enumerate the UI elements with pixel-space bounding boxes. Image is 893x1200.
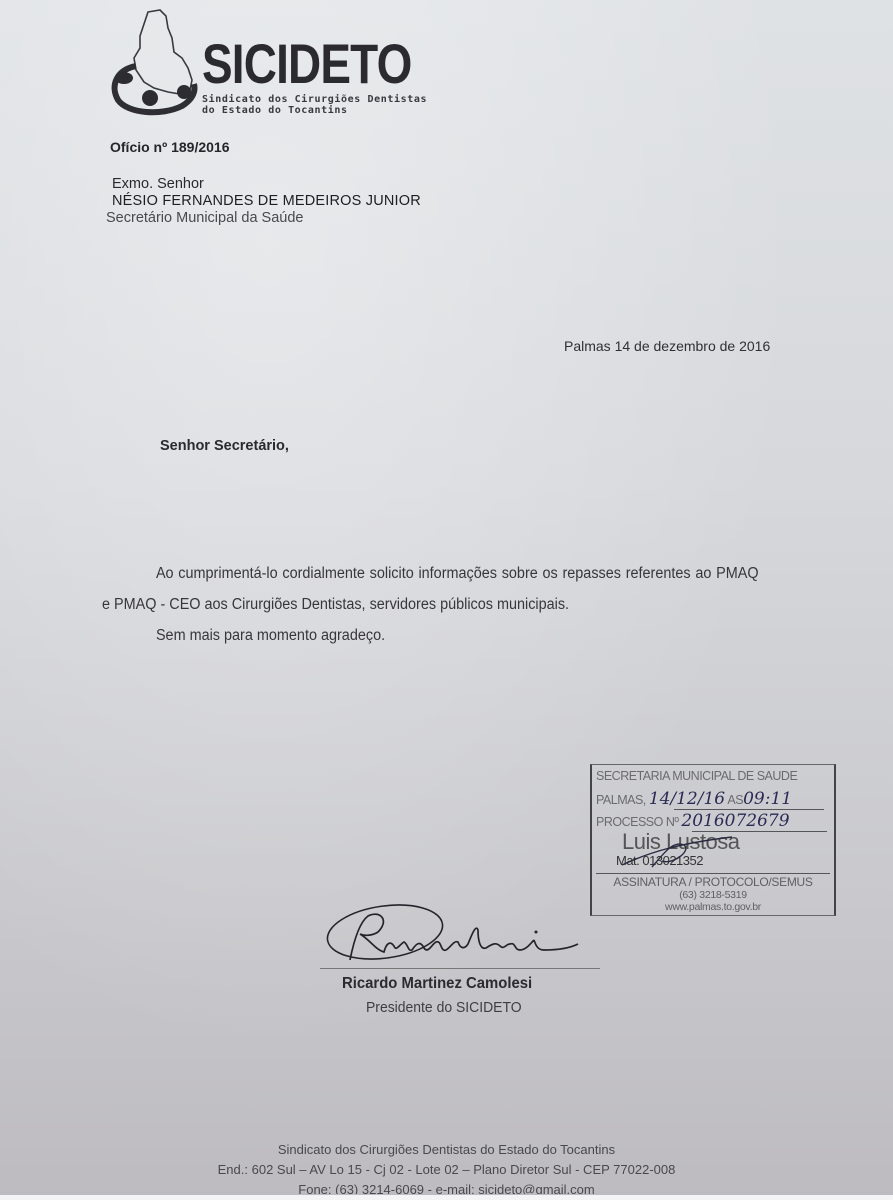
body-paragraph-1: Ao cumprimentá-lo cordialmente solicito … [102, 558, 759, 620]
body-paragraph-2: Sem mais para momento agradeço. [102, 620, 759, 651]
handwritten-signature-icon [320, 900, 610, 970]
letterhead-subtitle-line2: do Estado do Tocantins [202, 105, 427, 116]
stamp-divider [596, 873, 830, 874]
signatory-position: Presidente do SICIDETO [366, 999, 522, 1016]
signatory-name: Ricardo Martinez Camolesi [342, 975, 532, 993]
greeting: Senhor Secretário, [160, 438, 289, 454]
letterhead-subtitle-line1: Sindicato dos Cirurgiões Dentistas [202, 94, 427, 105]
signature-line [320, 968, 600, 969]
stamp-phone: (63) 3218-5319 [592, 889, 834, 901]
recipient-title: Secretário Municipal da Saúde [106, 210, 421, 227]
signature-block: Ricardo Martinez Camolesi Presidente do … [320, 900, 610, 1030]
stamp-process-label: PROCESSO Nº [596, 815, 678, 829]
protocol-stamp: SECRETARIA MUNICIPAL DE SAUDE PALMAS, 14… [590, 764, 836, 916]
letter-reference-number: Ofício nº 189/2016 [110, 139, 230, 155]
stamp-date-underline [674, 809, 824, 810]
letterhead-subtitle: Sindicato dos Cirurgiões Dentistas do Es… [202, 94, 427, 116]
letterhead-logo: SICIDETO Sindicato dos Cirurgiões Dentis… [110, 8, 440, 118]
footer-contact: Fone: (63) 3214-6069 - e-mail: sicideto@… [0, 1182, 893, 1194]
tocantins-map-with-people-icon [110, 8, 210, 118]
stamp-footer-label: ASSINATURA / PROTOCOLO/SEMUS [592, 875, 834, 889]
stamp-time-handwritten: 09:11 [743, 789, 792, 809]
letter-body: Ao cumprimentá-lo cordialmente solicito … [102, 558, 759, 651]
stamp-website: www.palmas.to.gov.br [592, 901, 834, 913]
date-line: Palmas 14 de dezembro de 2016 [564, 338, 770, 354]
stamp-date-handwritten: 14/12/16 [649, 789, 725, 809]
stamp-date-row: PALMAS, 14/12/16 AS09:11 [596, 789, 792, 809]
footer-address: End.: 602 Sul – AV Lo 15 - Cj 02 - Lote … [0, 1162, 893, 1177]
letterhead-acronym: SICIDETO [202, 36, 411, 92]
recipient-block: Exmo. Senhor NÉSIO FERNANDES DE MEDEIROS… [112, 176, 421, 227]
footer-organization: Sindicato dos Cirurgiões Dentistas do Es… [0, 1142, 893, 1157]
stamp-process-row: PROCESSO Nº 2016072679 [596, 811, 790, 831]
stamp-header: SECRETARIA MUNICIPAL DE SAUDE [596, 769, 797, 783]
page-bottom-edge [0, 1195, 893, 1200]
stamp-scribble-icon [612, 831, 762, 871]
stamp-process-handwritten: 2016072679 [681, 811, 789, 831]
stamp-time-label: AS [727, 793, 743, 807]
recipient-name: NÉSIO FERNANDES DE MEDEIROS JUNIOR [112, 193, 421, 210]
recipient-salutation: Exmo. Senhor [112, 176, 421, 193]
stamp-city-label: PALMAS, [596, 793, 646, 807]
